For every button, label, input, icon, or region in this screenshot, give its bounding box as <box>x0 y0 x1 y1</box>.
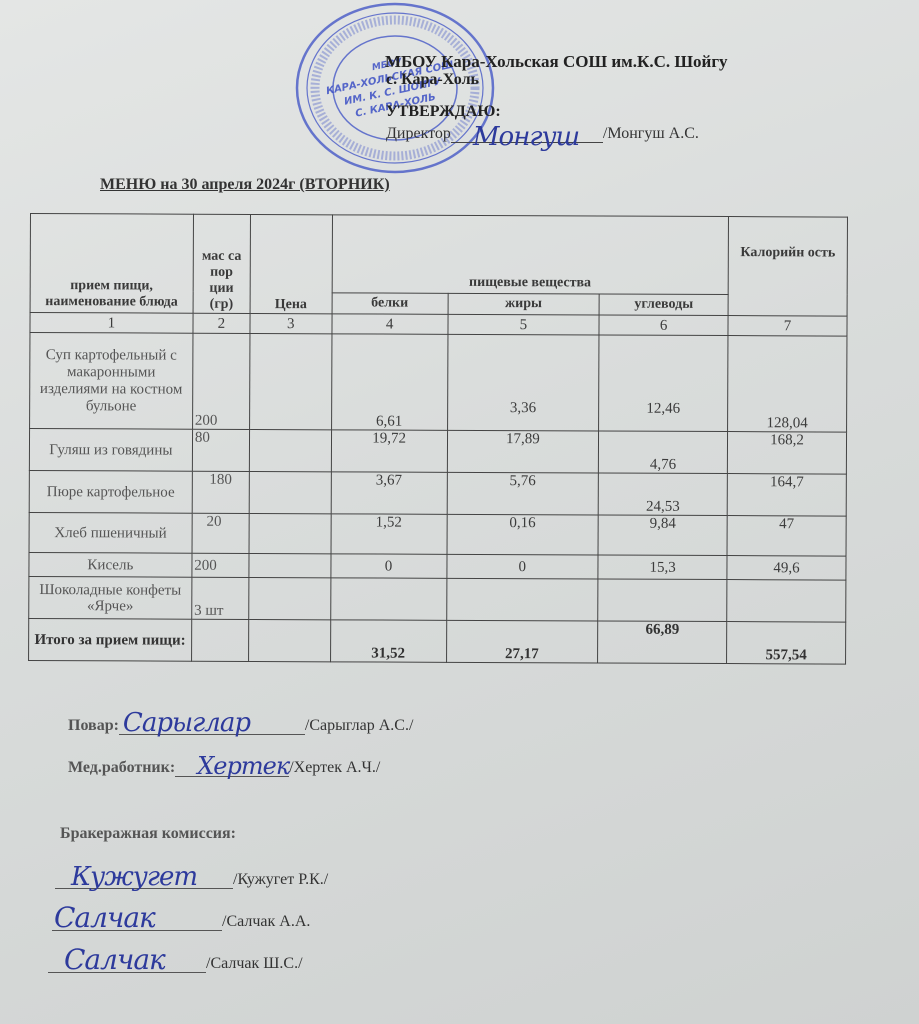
dish-name: Хлеб пшеничный <box>29 512 192 553</box>
medic-signature-line: Хертек <box>175 756 289 777</box>
commission-label: Бракеражная комиссия: <box>60 825 236 843</box>
medic-signature: Хертек <box>197 752 289 780</box>
dish-protein <box>330 578 446 621</box>
dish-price <box>249 513 331 553</box>
dish-fat: 17,89 <box>447 430 599 473</box>
col-num: 1 <box>30 313 193 334</box>
header-calories: Калорийн ость <box>728 217 847 317</box>
dish-price <box>249 471 331 513</box>
dish-name: Суп картофельный с макаронными изделиями… <box>30 333 193 430</box>
col-num: 2 <box>193 313 250 333</box>
header-meal: прием пищи, наименование блюда <box>30 214 193 314</box>
menu-title: МЕНЮ на 30 апреля 2024г (ВТОРНИК) <box>100 176 390 194</box>
header-mass: мас са пор ции (гр) <box>193 214 250 313</box>
header-nutrients: пищевые вещества <box>332 215 729 295</box>
col-num: 6 <box>599 315 728 336</box>
header-price: Цена <box>250 214 332 313</box>
dish-carbs: 4,76 <box>599 431 728 474</box>
dish-calories: 49,6 <box>727 556 846 581</box>
table-row: Пюре картофельное 180 3,67 5,76 24,53 16… <box>29 470 846 516</box>
dish-name: Гуляш из говядины <box>29 429 192 472</box>
medic-label: Мед.работник: <box>68 759 175 777</box>
dish-mass: 80 <box>192 429 249 471</box>
col-num: 3 <box>250 313 332 333</box>
dish-protein: 19,72 <box>331 430 447 473</box>
commission-member-name: /Кужугет Р.К./ <box>233 871 328 889</box>
dish-carbs: 9,84 <box>598 515 727 556</box>
commission-signature: Кужугет <box>71 862 197 892</box>
director-approval: Директор Монгуш /Монгуш А.С. <box>386 124 699 143</box>
dish-protein: 1,52 <box>331 514 447 555</box>
commission-signature: Салчак <box>54 901 155 934</box>
director-name: /Монгуш А.С. <box>603 125 699 143</box>
commission-signature: Салчак <box>64 943 165 976</box>
commission-signature-line: Салчак <box>48 952 206 973</box>
dish-protein: 0 <box>331 554 447 579</box>
dish-mass: 200 <box>192 333 249 429</box>
dish-carbs: 12,46 <box>599 335 728 432</box>
commission-signature-line: Салчак <box>52 910 222 931</box>
cook-signature: Сарыглар <box>123 708 250 738</box>
dish-carbs: 15,3 <box>598 555 727 580</box>
director-signature: Монгуш <box>473 122 579 152</box>
total-protein: 31,52 <box>330 620 446 663</box>
table-row: Гуляш из говядины 80 19,72 17,89 4,76 16… <box>29 429 846 475</box>
total-calories: 557,54 <box>727 622 846 665</box>
dish-protein: 6,61 <box>331 334 447 431</box>
table-row: Хлеб пшеничный 20 1,52 0,16 9,84 47 <box>29 512 846 556</box>
total-label: Итого за прием пищи: <box>29 618 192 661</box>
col-num: 7 <box>728 316 847 337</box>
dish-fat: 0 <box>446 554 598 579</box>
medic-name: /Хертек А.Ч./ <box>289 759 380 777</box>
commission-member-name: /Салчак Ш.С./ <box>206 955 303 973</box>
dish-price <box>249 553 331 577</box>
dish-calories: 164,7 <box>727 474 846 517</box>
header-carbs: углеводы <box>599 294 728 316</box>
header-protein: белки <box>332 293 448 315</box>
commission-signature-line: Кужугет <box>55 868 233 889</box>
dish-mass: 3 шт <box>192 577 249 619</box>
col-num: 5 <box>447 314 599 335</box>
dish-fat: 5,76 <box>447 472 599 515</box>
dish-name: Кисель <box>29 552 192 577</box>
commission-member-row: Кужугет /Кужугет Р.К./ <box>55 868 328 889</box>
dish-price <box>249 429 331 471</box>
approve-label: УТВЕРЖДАЮ: <box>386 103 501 121</box>
dish-price <box>249 333 331 429</box>
director-signature-line: Монгуш <box>451 124 603 143</box>
medic-signature-row: Мед.работник: Хертек /Хертек А.Ч./ <box>68 756 380 777</box>
commission-member-name: /Салчак А.А. <box>222 913 310 931</box>
dish-calories: 47 <box>727 516 846 557</box>
total-fat: 27,17 <box>446 620 598 663</box>
dish-calories <box>727 580 846 623</box>
col-num: 4 <box>332 314 448 335</box>
cook-label: Повар: <box>68 717 119 735</box>
dish-fat: 0,16 <box>447 514 599 555</box>
total-row: Итого за прием пищи: 31,52 27,17 66,89 5… <box>29 618 846 664</box>
header-fat: жиры <box>448 293 600 315</box>
dish-calories: 128,04 <box>728 336 847 433</box>
commission-member-row: Салчак /Салчак А.А. <box>52 910 310 931</box>
director-label: Директор <box>386 125 451 143</box>
dish-calories: 168,2 <box>727 432 846 475</box>
dish-fat <box>446 578 598 621</box>
school-name: МБОУ Кара-Хольская СОШ им.К.С. Шойгу <box>385 52 728 72</box>
dish-price <box>249 577 331 619</box>
dish-name: Шоколадные конфеты «Ярче» <box>29 576 192 619</box>
dish-carbs <box>598 579 727 622</box>
dish-carbs: 24,53 <box>598 473 727 516</box>
dish-mass: 200 <box>192 553 249 577</box>
cook-signature-row: Повар: Сарыглар /Сарыглар А.С./ <box>68 714 413 735</box>
dish-mass: 180 <box>192 471 249 513</box>
cook-signature-line: Сарыглар <box>119 714 305 735</box>
dish-name: Пюре картофельное <box>29 470 192 513</box>
village-name: с. Кара-Холь <box>386 71 479 89</box>
dish-protein: 3,67 <box>331 472 447 515</box>
table-row: Суп картофельный с макаронными изделиями… <box>30 333 847 433</box>
table-row: Кисель 200 0 0 15,3 49,6 <box>29 552 846 580</box>
dish-mass: 20 <box>192 513 249 553</box>
commission-member-row: Салчак /Салчак Ш.С./ <box>48 952 303 973</box>
cook-name: /Сарыглар А.С./ <box>305 717 413 735</box>
total-carbs: 66,89 <box>598 621 727 664</box>
dish-fat: 3,36 <box>447 334 599 431</box>
menu-table: прием пищи, наименование блюда мас са по… <box>28 213 848 665</box>
table-row: Шоколадные конфеты «Ярче» 3 шт <box>29 576 846 622</box>
